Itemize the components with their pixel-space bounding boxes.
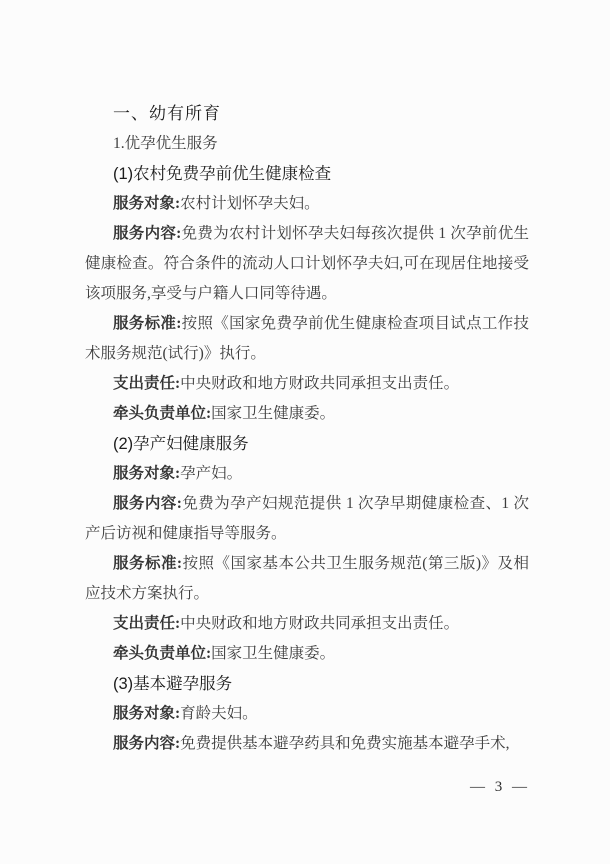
document-content: 一、幼有所育 1.优孕优生服务 (1)农村免费孕前优生健康检查 服务对象:农村计… bbox=[85, 99, 529, 759]
item-2-para-expenditure: 支出责任:中央财政和地方财政共同承担支出责任。 bbox=[85, 609, 529, 639]
item-1-para-standard: 服务标准:按照《国家免费孕前优生健康检查项目试点工作技术服务规范(试行)》执行。 bbox=[85, 309, 529, 369]
para-label: 牵头负责单位: bbox=[113, 405, 211, 422]
para-label: 服务对象: bbox=[113, 465, 180, 482]
item-3-heading: (3)基本避孕服务 bbox=[85, 669, 529, 699]
document-page: 一、幼有所育 1.优孕优生服务 (1)农村免费孕前优生健康检查 服务对象:农村计… bbox=[0, 0, 610, 864]
para-text: 孕产妇。 bbox=[180, 465, 242, 482]
item-1-para-lead-unit: 牵头负责单位:国家卫生健康委。 bbox=[85, 399, 529, 429]
para-label: 服务标准: bbox=[113, 315, 181, 332]
para-label: 服务内容: bbox=[113, 225, 181, 242]
para-label: 服务对象: bbox=[113, 705, 180, 722]
para-label: 服务对象: bbox=[113, 195, 180, 212]
item-2-para-standard: 服务标准:按照《国家基本公共卫生服务规范(第三版)》及相应技术方案执行。 bbox=[85, 549, 529, 609]
service-item-3: (3)基本避孕服务 服务对象:育龄夫妇。 服务内容:免费提供基本避孕药具和免费实… bbox=[85, 669, 529, 759]
item-1-heading: (1)农村免费孕前优生健康检查 bbox=[85, 159, 529, 189]
para-text: 免费提供基本避孕药具和免费实施基本避孕手术, bbox=[180, 735, 509, 752]
service-item-2: (2)孕产妇健康服务 服务对象:孕产妇。 服务内容:免费为孕产妇规范提供 1 次… bbox=[85, 429, 529, 669]
para-text: 农村计划怀孕夫妇。 bbox=[180, 195, 320, 212]
para-label: 支出责任: bbox=[113, 615, 180, 632]
para-text: 育龄夫妇。 bbox=[180, 705, 258, 722]
para-text: 国家卫生健康委。 bbox=[211, 645, 335, 662]
para-label: 支出责任: bbox=[113, 375, 180, 392]
item-1-para-expenditure: 支出责任:中央财政和地方财政共同承担支出责任。 bbox=[85, 369, 529, 399]
para-label: 服务内容: bbox=[113, 495, 182, 512]
para-text: 国家卫生健康委。 bbox=[211, 405, 335, 422]
para-text: 中央财政和地方财政共同承担支出责任。 bbox=[180, 375, 459, 392]
subsection-heading: 1.优孕优生服务 bbox=[85, 129, 529, 159]
page-number: — 3 — bbox=[470, 779, 527, 796]
service-item-1: (1)农村免费孕前优生健康检查 服务对象:农村计划怀孕夫妇。 服务内容:免费为农… bbox=[85, 159, 529, 429]
item-3-para-content: 服务内容:免费提供基本避孕药具和免费实施基本避孕手术, bbox=[85, 729, 529, 759]
item-2-heading: (2)孕产妇健康服务 bbox=[85, 429, 529, 459]
item-1-para-target: 服务对象:农村计划怀孕夫妇。 bbox=[85, 189, 529, 219]
item-3-para-target: 服务对象:育龄夫妇。 bbox=[85, 699, 529, 729]
para-text: 中央财政和地方财政共同承担支出责任。 bbox=[180, 615, 459, 632]
para-label: 牵头负责单位: bbox=[113, 645, 211, 662]
para-label: 服务内容: bbox=[113, 735, 180, 752]
item-2-para-lead-unit: 牵头负责单位:国家卫生健康委。 bbox=[85, 639, 529, 669]
item-1-para-content: 服务内容:免费为农村计划怀孕夫妇每孩次提供 1 次孕前优生健康检查。符合条件的流… bbox=[85, 219, 529, 309]
item-2-para-target: 服务对象:孕产妇。 bbox=[85, 459, 529, 489]
para-label: 服务标准: bbox=[113, 555, 182, 572]
section-heading: 一、幼有所育 bbox=[85, 99, 529, 129]
item-2-para-content: 服务内容:免费为孕产妇规范提供 1 次孕早期健康检查、1 次产后访视和健康指导等… bbox=[85, 489, 529, 549]
